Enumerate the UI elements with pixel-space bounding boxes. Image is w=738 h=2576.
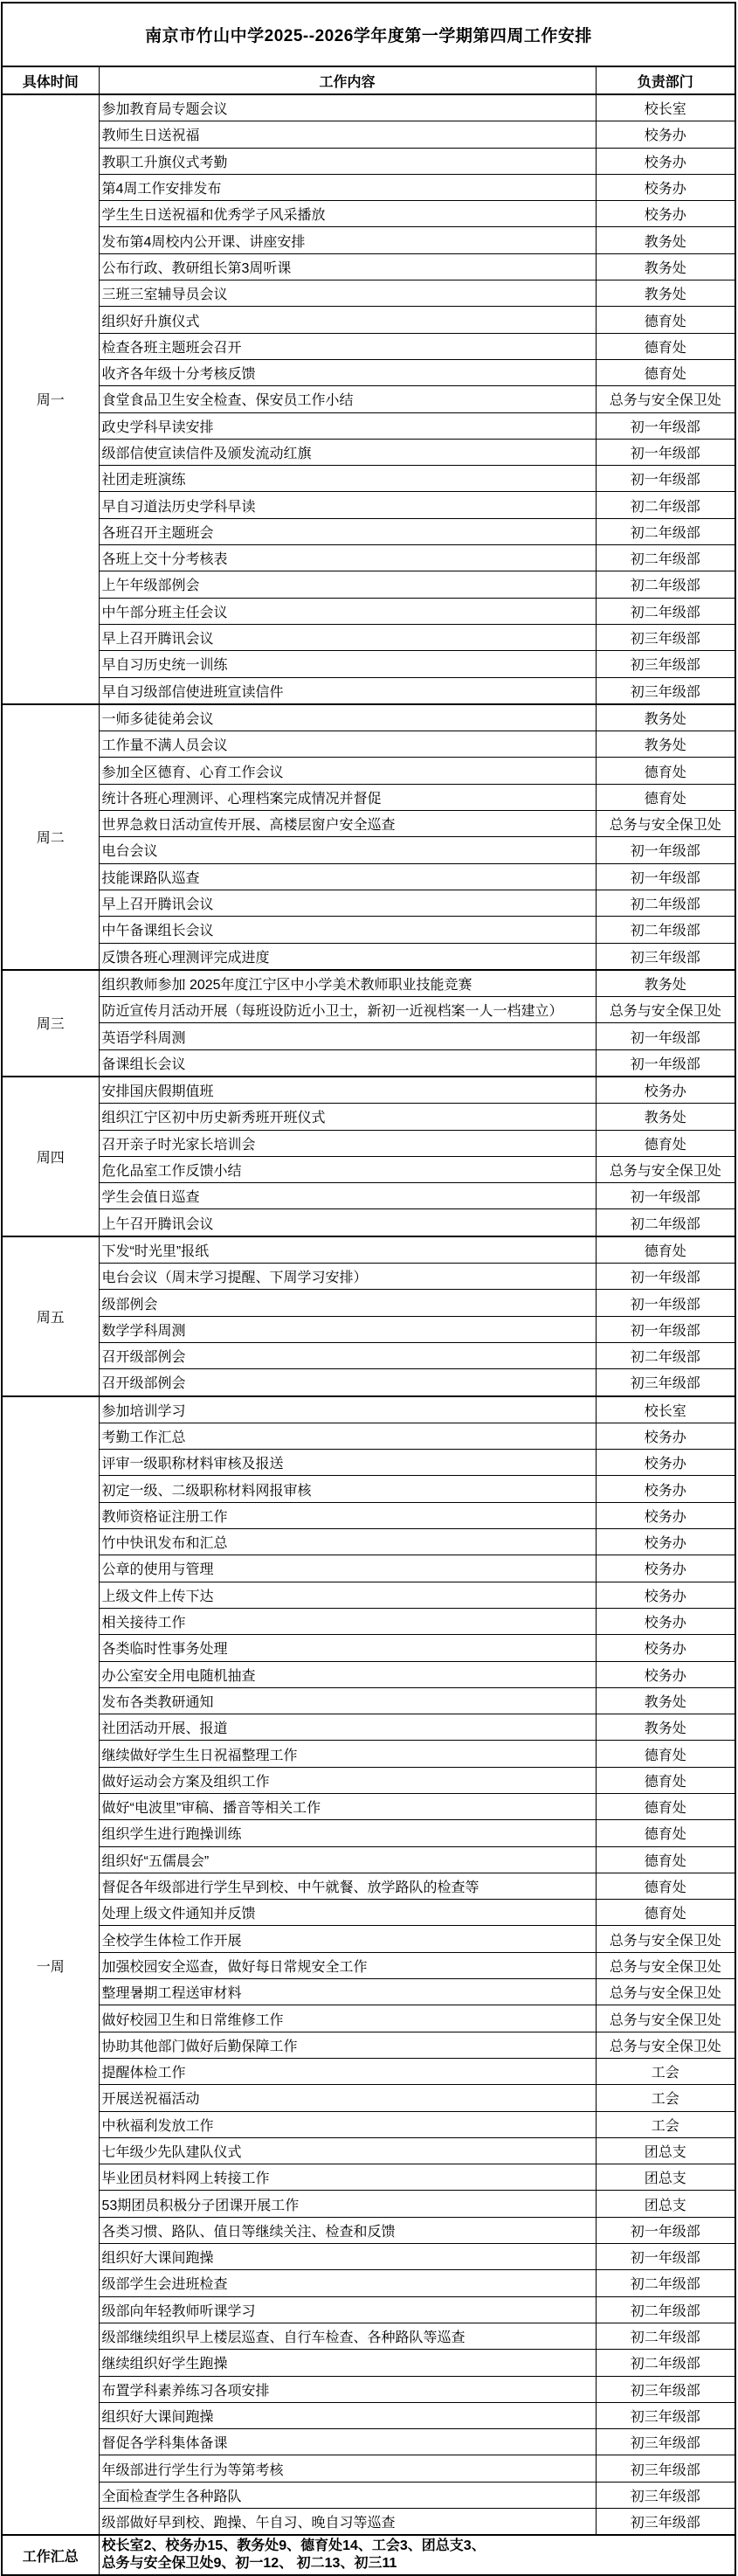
task-cell: 评审一级职称材料审核及报送 <box>99 1450 596 1476</box>
dept-cell: 初一年级部 <box>596 2217 735 2243</box>
title-row: 南京市竹山中学2025--2026学年度第一学期第四周工作安排 <box>2 3 735 66</box>
table-row: 检查各班主题班会召开德育处 <box>2 333 735 359</box>
table-row: 上级文件上传下达校务办 <box>2 1582 735 1608</box>
task-cell: 组织江宁区初中历史新秀班开班仪式 <box>99 1104 596 1130</box>
dept-cell: 初二年级部 <box>596 917 735 943</box>
task-cell: 相关接待工作 <box>99 1608 596 1634</box>
dept-cell: 德育处 <box>596 784 735 810</box>
time-label: 周五 <box>2 1236 99 1396</box>
table-row: 召开亲子时光家长培训会德育处 <box>2 1130 735 1156</box>
task-cell: 各类习惯、路队、值日等继续关注、检查和反馈 <box>99 2217 596 2243</box>
task-cell: 安排国庆假期值班 <box>99 1077 596 1104</box>
table-row: 工作量不满人员会议教务处 <box>2 731 735 758</box>
time-label: 周三 <box>2 970 99 1077</box>
table-row: 政史学科早读安排初一年级部 <box>2 412 735 439</box>
dept-cell: 校务办 <box>596 1635 735 1661</box>
task-cell: 继续组织好学生跑操 <box>99 2350 596 2376</box>
table-row: 学生会值日巡查初一年级部 <box>2 1183 735 1209</box>
task-cell: 参加全区德育、心育工作会议 <box>99 758 596 784</box>
dept-cell: 工会 <box>596 2085 735 2111</box>
task-cell: 早自习历史统一训练 <box>99 651 596 677</box>
table-row: 三班三室辅导员会议教务处 <box>2 280 735 307</box>
task-cell: 社团活动开展、报道 <box>99 1714 596 1741</box>
table-row: 早自习道法历史学科早读初二年级部 <box>2 492 735 518</box>
dept-cell: 德育处 <box>596 1846 735 1873</box>
task-cell: 处理上级文件通知并反馈 <box>99 1900 596 1926</box>
schedule-table: 南京市竹山中学2025--2026学年度第一学期第四周工作安排 具体时间 工作内… <box>1 2 736 2576</box>
task-cell: 教师生日送祝福 <box>99 121 596 148</box>
task-cell: 组织教师参加 2025年度江宁区中小学美术教师职业技能竞赛 <box>99 970 596 997</box>
task-cell: 做好运动会方案及组织工作 <box>99 1767 596 1793</box>
table-row: 参加全区德育、心育工作会议德育处 <box>2 758 735 784</box>
table-row: 英语学科周测初一年级部 <box>2 1023 735 1049</box>
dept-cell: 初三年级部 <box>596 2482 735 2508</box>
table-row: 级部例会初一年级部 <box>2 1290 735 1316</box>
task-cell: 级部信使宣读信件及颁发流动红旗 <box>99 439 596 465</box>
table-row: 召开级部例会初二年级部 <box>2 1342 735 1368</box>
table-row: 中午备课组长会议初二年级部 <box>2 917 735 943</box>
task-cell: 备课组长会议 <box>99 1049 596 1077</box>
task-cell: 参加培训学习 <box>99 1396 596 1423</box>
dept-cell: 总务与安全保卫处 <box>596 1952 735 1978</box>
table-row: 组织好“五儒晨会”德育处 <box>2 1846 735 1873</box>
table-row: 周三组织教师参加 2025年度江宁区中小学美术教师职业技能竞赛教务处 <box>2 970 735 997</box>
task-cell: 组织好升旗仪式 <box>99 307 596 333</box>
table-row: 整理暑期工程送审材料总务与安全保卫处 <box>2 1979 735 2005</box>
task-cell: 毕业团员材料网上转接工作 <box>99 2164 596 2191</box>
column-header-task: 工作内容 <box>99 66 596 94</box>
table-row: 公布行政、教研组长第3周听课教务处 <box>2 253 735 280</box>
task-cell: 级部做好早到校、跑操、午自习、晚自习等巡查 <box>99 2509 596 2536</box>
dept-cell: 教务处 <box>596 731 735 758</box>
dept-cell: 德育处 <box>596 1767 735 1793</box>
task-cell: 继续做好学生生日祝福整理工作 <box>99 1741 596 1767</box>
table-row: 教师生日送祝福校务办 <box>2 121 735 148</box>
table-row: 级部向年轻教师听课学习初二年级部 <box>2 2296 735 2323</box>
dept-cell: 总务与安全保卫处 <box>596 2032 735 2058</box>
table-row: 危化品室工作反馈小结总务与安全保卫处 <box>2 1156 735 1182</box>
dept-cell: 团总支 <box>596 2164 735 2191</box>
task-cell: 学生会值日巡查 <box>99 1183 596 1209</box>
dept-cell: 初三年级部 <box>596 677 735 704</box>
dept-cell: 总务与安全保卫处 <box>596 1156 735 1182</box>
summary-line-1: 校长室2、校务办15、教务处9、德育处14、工会3、团总支3、 <box>102 2538 735 2555</box>
task-cell: 级部学生会进班检查 <box>99 2270 596 2296</box>
task-cell: 早上召开腾讯会议 <box>99 624 596 650</box>
task-cell: 整理暑期工程送审材料 <box>99 1979 596 2005</box>
task-cell: 全面检查学生各种路队 <box>99 2482 596 2508</box>
table-row: 第4周工作安排发布校务办 <box>2 174 735 200</box>
task-cell: 全校学生体检工作开展 <box>99 1926 596 1952</box>
table-row: 一周参加培训学习校长室 <box>2 1396 735 1423</box>
table-row: 组织好大课间跑操初一年级部 <box>2 2244 735 2270</box>
dept-cell: 校务办 <box>596 1077 735 1104</box>
time-label: 周二 <box>2 704 99 970</box>
task-cell: 中秋福利发放工作 <box>99 2111 596 2137</box>
task-cell: 级部向年轻教师听课学习 <box>99 2296 596 2323</box>
dept-cell: 初二年级部 <box>596 1342 735 1368</box>
dept-cell: 团总支 <box>596 2137 735 2164</box>
dept-cell: 校长室 <box>596 1396 735 1423</box>
table-row: 协助其他部门做好后勤保障工作总务与安全保卫处 <box>2 2032 735 2058</box>
table-row: 备课组长会议初一年级部 <box>2 1049 735 1077</box>
task-cell: 考勤工作汇总 <box>99 1423 596 1449</box>
dept-cell: 初一年级部 <box>596 837 735 863</box>
table-row: 电台会议（周末学习提醒、下周学习安排）初一年级部 <box>2 1264 735 1290</box>
task-cell: 提醒体检工作 <box>99 2058 596 2084</box>
dept-cell: 初一年级部 <box>596 1183 735 1209</box>
table-row: 上午召开腾讯会议初二年级部 <box>2 1209 735 1236</box>
summary-label: 工作汇总 <box>2 2535 99 2575</box>
table-row: 毕业团员材料网上转接工作团总支 <box>2 2164 735 2191</box>
dept-cell: 校务办 <box>596 1555 735 1582</box>
dept-cell: 校务办 <box>596 1529 735 1555</box>
task-cell: 办公室安全用电随机抽查 <box>99 1661 596 1687</box>
table-row: 级部学生会进班检查初二年级部 <box>2 2270 735 2296</box>
dept-cell: 教务处 <box>596 253 735 280</box>
task-cell: 反馈各班心理测评完成进度 <box>99 943 596 970</box>
table-row: 各班召开主题班会初二年级部 <box>2 518 735 544</box>
table-row: 继续组织好学生跑操初二年级部 <box>2 2350 735 2376</box>
table-row: 初定一级、二级职称材料网报审核校务办 <box>2 1476 735 1502</box>
task-cell: 一师多徒徒弟会议 <box>99 704 596 731</box>
table-row: 做好校园卫生和日常维修工作总务与安全保卫处 <box>2 2005 735 2032</box>
dept-cell: 德育处 <box>596 1130 735 1156</box>
task-cell: 组织好“五儒晨会” <box>99 1846 596 1873</box>
table-row: 组织好升旗仪式德育处 <box>2 307 735 333</box>
dept-cell: 工会 <box>596 2058 735 2084</box>
task-cell: 社团走班演练 <box>99 466 596 492</box>
task-cell: 各类临时性事务处理 <box>99 1635 596 1661</box>
table-row: 社团活动开展、报道教务处 <box>2 1714 735 1741</box>
dept-cell: 教务处 <box>596 1104 735 1130</box>
dept-cell: 初一年级部 <box>596 1290 735 1316</box>
table-row: 防近宣传月活动开展（每班设防近小卫士，新初一近视档案一人一档建立）总务与安全保卫… <box>2 997 735 1023</box>
table-row: 考勤工作汇总校务办 <box>2 1423 735 1449</box>
table-row: 继续做好学生生日祝福整理工作德育处 <box>2 1741 735 1767</box>
task-cell: 数学学科周测 <box>99 1316 596 1342</box>
table-row: 各班上交十分考核表初二年级部 <box>2 545 735 571</box>
dept-cell: 德育处 <box>596 307 735 333</box>
dept-cell: 初三年级部 <box>596 1369 735 1396</box>
dept-cell: 初三年级部 <box>596 2376 735 2402</box>
task-cell: 发布第4周校内公开课、讲座安排 <box>99 227 596 253</box>
table-row: 周四安排国庆假期值班校务办 <box>2 1077 735 1104</box>
task-cell: 上午年级部例会 <box>99 571 596 598</box>
dept-cell: 德育处 <box>596 1820 735 1846</box>
dept-cell: 总务与安全保卫处 <box>596 997 735 1023</box>
dept-cell: 初二年级部 <box>596 890 735 916</box>
work-schedule-page: 南京市竹山中学2025--2026学年度第一学期第四周工作安排 具体时间 工作内… <box>0 2 738 2576</box>
column-header-dept: 负责部门 <box>596 66 735 94</box>
task-cell: 早上召开腾讯会议 <box>99 890 596 916</box>
dept-cell: 初三年级部 <box>596 2509 735 2536</box>
task-cell: 电台会议 <box>99 837 596 863</box>
task-cell: 初定一级、二级职称材料网报审核 <box>99 1476 596 1502</box>
task-cell: 中午部分班主任会议 <box>99 598 596 624</box>
dept-cell: 校务办 <box>596 1608 735 1634</box>
dept-cell: 校务办 <box>596 148 735 174</box>
task-cell: 工作量不满人员会议 <box>99 731 596 758</box>
dept-cell: 初三年级部 <box>596 943 735 970</box>
task-cell: 开展送祝福活动 <box>99 2085 596 2111</box>
task-cell: 协助其他部门做好后勤保障工作 <box>99 2032 596 2058</box>
task-cell: 督促各学科集体备课 <box>99 2429 596 2455</box>
dept-cell: 初二年级部 <box>596 2323 735 2349</box>
table-row: 督促各年级部进行学生早到校、中午就餐、放学路队的检查等德育处 <box>2 1873 735 1899</box>
dept-cell: 初一年级部 <box>596 1049 735 1077</box>
dept-cell: 教务处 <box>596 704 735 731</box>
dept-cell: 初二年级部 <box>596 492 735 518</box>
dept-cell: 德育处 <box>596 758 735 784</box>
table-row: 各类临时性事务处理校务办 <box>2 1635 735 1661</box>
table-row: 数学学科周测初一年级部 <box>2 1316 735 1342</box>
column-header-time: 具体时间 <box>2 66 99 94</box>
table-row: 发布各类教研通知教务处 <box>2 1687 735 1714</box>
dept-cell: 初一年级部 <box>596 412 735 439</box>
table-row: 早自习级部信使进班宣读信件初三年级部 <box>2 677 735 704</box>
table-row: 组织江宁区初中历史新秀班开班仪式教务处 <box>2 1104 735 1130</box>
task-cell: 早自习级部信使进班宣读信件 <box>99 677 596 704</box>
task-cell: 布置学科素养练习各项安排 <box>99 2376 596 2402</box>
task-cell: 教师资格证注册工作 <box>99 1502 596 1528</box>
task-cell: 公布行政、教研组长第3周听课 <box>99 253 596 280</box>
dept-cell: 初三年级部 <box>596 2455 735 2482</box>
table-row: 食堂食品卫生安全检查、保安员工作小结总务与安全保卫处 <box>2 386 735 412</box>
dept-cell: 初三年级部 <box>596 624 735 650</box>
dept-cell: 校务办 <box>596 121 735 148</box>
task-cell: 参加教育局专题会议 <box>99 94 596 121</box>
table-row: 办公室安全用电随机抽查校务办 <box>2 1661 735 1687</box>
task-cell: 防近宣传月活动开展（每班设防近小卫士，新初一近视档案一人一档建立） <box>99 997 596 1023</box>
task-cell: 做好“电波里”审稿、播音等相关工作 <box>99 1794 596 1820</box>
table-row: 级部继续组织早上楼层巡查、自行车检查、各种路队等巡查初二年级部 <box>2 2323 735 2349</box>
table-row: 布置学科素养练习各项安排初三年级部 <box>2 2376 735 2402</box>
table-row: 督促各学科集体备课初三年级部 <box>2 2429 735 2455</box>
table-row: 技能课路队巡查初一年级部 <box>2 863 735 890</box>
task-cell: 英语学科周测 <box>99 1023 596 1049</box>
dept-cell: 校务办 <box>596 174 735 200</box>
task-cell: 统计各班心理测评、心理档案完成情况并督促 <box>99 784 596 810</box>
task-cell: 早自习道法历史学科早读 <box>99 492 596 518</box>
table-row: 电台会议初一年级部 <box>2 837 735 863</box>
table-row: 统计各班心理测评、心理档案完成情况并督促德育处 <box>2 784 735 810</box>
table-row: 世界急救日活动宣传开展、高楼层窗户安全巡查总务与安全保卫处 <box>2 811 735 837</box>
summary-row: 工作汇总 校长室2、校务办15、教务处9、德育处14、工会3、团总支3、 总务与… <box>2 2535 735 2575</box>
table-row: 级部做好早到校、跑操、午自习、晚自习等巡查初三年级部 <box>2 2509 735 2536</box>
dept-cell: 工会 <box>596 2111 735 2137</box>
time-label: 周四 <box>2 1077 99 1236</box>
time-label: 周一 <box>2 94 99 704</box>
task-cell: 政史学科早读安排 <box>99 412 596 439</box>
dept-cell: 校务办 <box>596 201 735 227</box>
dept-cell: 总务与安全保卫处 <box>596 811 735 837</box>
table-row: 级部信使宣读信件及颁发流动红旗初一年级部 <box>2 439 735 465</box>
dept-cell: 团总支 <box>596 2191 735 2217</box>
dept-cell: 总务与安全保卫处 <box>596 1979 735 2005</box>
table-row: 全校学生体检工作开展总务与安全保卫处 <box>2 1926 735 1952</box>
task-cell: 七年级少先队建队仪式 <box>99 2137 596 2164</box>
table-row: 周二一师多徒徒弟会议教务处 <box>2 704 735 731</box>
table-row: 组织好大课间跑操初三年级部 <box>2 2402 735 2428</box>
table-row: 发布第4周校内公开课、讲座安排教务处 <box>2 227 735 253</box>
task-cell: 上午召开腾讯会议 <box>99 1209 596 1236</box>
dept-cell: 德育处 <box>596 1900 735 1926</box>
table-row: 中午部分班主任会议初二年级部 <box>2 598 735 624</box>
task-cell: 各班召开主题班会 <box>99 518 596 544</box>
dept-cell: 初二年级部 <box>596 1209 735 1236</box>
table-row: 评审一级职称材料审核及报送校务办 <box>2 1450 735 1476</box>
dept-cell: 总务与安全保卫处 <box>596 2005 735 2032</box>
summary-line-2: 总务与安全保卫处9、初一12、 初二13、初三11 <box>102 2555 735 2573</box>
table-row: 早自习历史统一训练初三年级部 <box>2 651 735 677</box>
dept-cell: 初三年级部 <box>596 651 735 677</box>
table-row: 各类习惯、路队、值日等继续关注、检查和反馈初一年级部 <box>2 2217 735 2243</box>
table-row: 开展送祝福活动工会 <box>2 2085 735 2111</box>
dept-cell: 初一年级部 <box>596 439 735 465</box>
summary-text: 校长室2、校务办15、教务处9、德育处14、工会3、团总支3、 总务与安全保卫处… <box>99 2535 735 2575</box>
table-row: 反馈各班心理测评完成进度初三年级部 <box>2 943 735 970</box>
task-cell: 召开级部例会 <box>99 1342 596 1368</box>
dept-cell: 初二年级部 <box>596 598 735 624</box>
dept-cell: 教务处 <box>596 280 735 307</box>
page-title: 南京市竹山中学2025--2026学年度第一学期第四周工作安排 <box>2 3 735 66</box>
dept-cell: 校务办 <box>596 1423 735 1449</box>
table-row: 中秋福利发放工作工会 <box>2 2111 735 2137</box>
dept-cell: 教务处 <box>596 970 735 997</box>
task-cell: 召开亲子时光家长培训会 <box>99 1130 596 1156</box>
dept-cell: 总务与安全保卫处 <box>596 1926 735 1952</box>
table-row: 竹中快讯发布和汇总校务办 <box>2 1529 735 1555</box>
task-cell: 做好校园卫生和日常维修工作 <box>99 2005 596 2032</box>
dept-cell: 校务办 <box>596 1582 735 1608</box>
time-label: 一周 <box>2 1396 99 2536</box>
dept-cell: 教务处 <box>596 1687 735 1714</box>
table-row: 上午年级部例会初二年级部 <box>2 571 735 598</box>
table-row: 周一参加教育局专题会议校长室 <box>2 94 735 121</box>
table-row: 全面检查学生各种路队初三年级部 <box>2 2482 735 2508</box>
dept-cell: 初二年级部 <box>596 571 735 598</box>
task-cell: 食堂食品卫生安全检查、保安员工作小结 <box>99 386 596 412</box>
dept-cell: 德育处 <box>596 333 735 359</box>
table-row: 周五下发“时光里”报纸德育处 <box>2 1236 735 1264</box>
dept-cell: 初一年级部 <box>596 1264 735 1290</box>
task-cell: 组织好大课间跑操 <box>99 2244 596 2270</box>
table-row: 早上召开腾讯会议初三年级部 <box>2 624 735 650</box>
task-cell: 召开级部例会 <box>99 1369 596 1396</box>
dept-cell: 教务处 <box>596 227 735 253</box>
task-cell: 学生生日送祝福和优秀学子风采播放 <box>99 201 596 227</box>
dept-cell: 初一年级部 <box>596 1023 735 1049</box>
dept-cell: 总务与安全保卫处 <box>596 386 735 412</box>
table-row: 年级部进行学生行为等第考核初三年级部 <box>2 2455 735 2482</box>
dept-cell: 德育处 <box>596 359 735 385</box>
task-cell: 收齐各年级十分考核反馈 <box>99 359 596 385</box>
task-cell: 竹中快讯发布和汇总 <box>99 1529 596 1555</box>
table-row: 53期团员积极分子团课开展工作团总支 <box>2 2191 735 2217</box>
table-row: 学生生日送祝福和优秀学子风采播放校务办 <box>2 201 735 227</box>
table-row: 做好“电波里”审稿、播音等相关工作德育处 <box>2 1794 735 1820</box>
dept-cell: 初二年级部 <box>596 2270 735 2296</box>
table-row: 组织学生进行跑操训练德育处 <box>2 1820 735 1846</box>
task-cell: 技能课路队巡查 <box>99 863 596 890</box>
table-row: 处理上级文件通知并反馈德育处 <box>2 1900 735 1926</box>
dept-cell: 初二年级部 <box>596 545 735 571</box>
dept-cell: 初一年级部 <box>596 1316 735 1342</box>
task-cell: 教职工升旗仪式考勤 <box>99 148 596 174</box>
dept-cell: 初一年级部 <box>596 863 735 890</box>
dept-cell: 教务处 <box>596 1714 735 1741</box>
table-row: 相关接待工作校务办 <box>2 1608 735 1634</box>
task-cell: 公章的使用与管理 <box>99 1555 596 1582</box>
dept-cell: 初二年级部 <box>596 518 735 544</box>
task-cell: 电台会议（周末学习提醒、下周学习安排） <box>99 1264 596 1290</box>
dept-cell: 德育处 <box>596 1873 735 1899</box>
task-cell: 中午备课组长会议 <box>99 917 596 943</box>
task-cell: 发布各类教研通知 <box>99 1687 596 1714</box>
table-row: 教职工升旗仪式考勤校务办 <box>2 148 735 174</box>
task-cell: 督促各年级部进行学生早到校、中午就餐、放学路队的检查等 <box>99 1873 596 1899</box>
task-cell: 级部继续组织早上楼层巡查、自行车检查、各种路队等巡查 <box>99 2323 596 2349</box>
task-cell: 检查各班主题班会召开 <box>99 333 596 359</box>
task-cell: 组织好大课间跑操 <box>99 2402 596 2428</box>
table-row: 教师资格证注册工作校务办 <box>2 1502 735 1528</box>
dept-cell: 校长室 <box>596 94 735 121</box>
dept-cell: 校务办 <box>596 1661 735 1687</box>
task-cell: 加强校园安全巡查，做好每日常规安全工作 <box>99 1952 596 1978</box>
task-cell: 年级部进行学生行为等第考核 <box>99 2455 596 2482</box>
dept-cell: 初三年级部 <box>596 2402 735 2428</box>
table-row: 加强校园安全巡查，做好每日常规安全工作总务与安全保卫处 <box>2 1952 735 1978</box>
task-cell: 53期团员积极分子团课开展工作 <box>99 2191 596 2217</box>
dept-cell: 初二年级部 <box>596 2296 735 2323</box>
table-row: 公章的使用与管理校务办 <box>2 1555 735 1582</box>
task-cell: 各班上交十分考核表 <box>99 545 596 571</box>
dept-cell: 初一年级部 <box>596 2244 735 2270</box>
task-cell: 危化品室工作反馈小结 <box>99 1156 596 1182</box>
dept-cell: 校务办 <box>596 1476 735 1502</box>
table-row: 早上召开腾讯会议初二年级部 <box>2 890 735 916</box>
table-row: 召开级部例会初三年级部 <box>2 1369 735 1396</box>
task-cell: 三班三室辅导员会议 <box>99 280 596 307</box>
task-cell: 第4周工作安排发布 <box>99 174 596 200</box>
dept-cell: 德育处 <box>596 1794 735 1820</box>
header-row: 具体时间 工作内容 负责部门 <box>2 66 735 94</box>
task-cell: 下发“时光里”报纸 <box>99 1236 596 1264</box>
task-cell: 上级文件上传下达 <box>99 1582 596 1608</box>
task-cell: 级部例会 <box>99 1290 596 1316</box>
dept-cell: 校务办 <box>596 1450 735 1476</box>
table-row: 社团走班演练初一年级部 <box>2 466 735 492</box>
dept-cell: 初三年级部 <box>596 2429 735 2455</box>
dept-cell: 德育处 <box>596 1741 735 1767</box>
dept-cell: 校务办 <box>596 1502 735 1528</box>
table-row: 收齐各年级十分考核反馈德育处 <box>2 359 735 385</box>
table-row: 七年级少先队建队仪式团总支 <box>2 2137 735 2164</box>
dept-cell: 初二年级部 <box>596 2350 735 2376</box>
table-row: 提醒体检工作工会 <box>2 2058 735 2084</box>
dept-cell: 初一年级部 <box>596 466 735 492</box>
task-cell: 世界急救日活动宣传开展、高楼层窗户安全巡查 <box>99 811 596 837</box>
task-cell: 组织学生进行跑操训练 <box>99 1820 596 1846</box>
table-row: 做好运动会方案及组织工作德育处 <box>2 1767 735 1793</box>
dept-cell: 德育处 <box>596 1236 735 1264</box>
